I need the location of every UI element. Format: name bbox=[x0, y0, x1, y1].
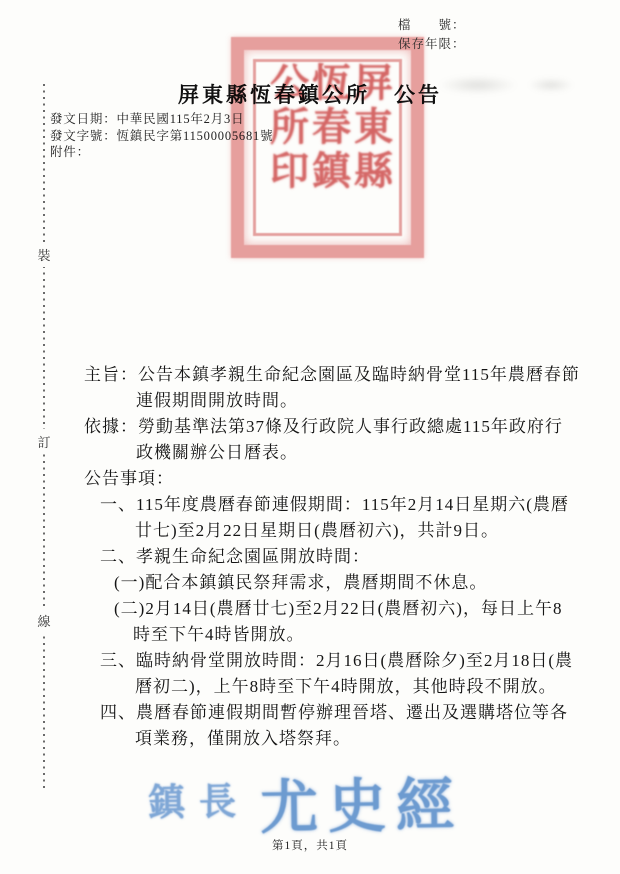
body-subitem: (一)配合本鎮鎮民祭拜需求，農曆期間不休息。 bbox=[114, 570, 580, 596]
seal-inner-frame: 屏東縣恆春鎮公所印 bbox=[253, 59, 402, 236]
body-item: 一、115年度農曆春節連假期間：115年2月14日星期六(農曆廿七)至2月22日… bbox=[100, 492, 580, 544]
announcement-body: 主旨：公告本鎮孝親生命紀念園區及臨時納骨堂115年農曆春節連假期間開放時間。依據… bbox=[84, 362, 580, 752]
body-item: 三、臨時納骨堂開放時間：2月16日(農曆除夕)至2月18日(農曆初二)，上午8時… bbox=[100, 648, 580, 700]
body-item: 二、孝親生命紀念園區開放時間： bbox=[100, 544, 580, 570]
body-subitem: (二)2月14日(農曆廿七)至2月22日(農曆初六)，每日上午8時至下午4時皆開… bbox=[114, 596, 580, 648]
mayor-signature-stamp: 鎮長 尤史經 bbox=[147, 758, 464, 846]
announcement-document: 檔 號： 保存年限： 屏東縣恆春鎮公所 公告 發文日期：中華民國115年2月3日… bbox=[0, 0, 620, 874]
mayor-title: 鎮長 bbox=[148, 782, 251, 824]
body-heading: 公告事項： bbox=[84, 466, 580, 492]
body-section: 依據：勞動基準法第37條及行政院人事行政總處115年政府行政機關辦公日曆表。 bbox=[84, 414, 580, 466]
binding-mark-ding: 訂 bbox=[35, 429, 53, 454]
mayor-name: 尤史經 bbox=[260, 773, 465, 841]
file-header: 檔 號： 保存年限： bbox=[398, 16, 466, 54]
body-section: 主旨：公告本鎮孝親生命紀念園區及臨時納骨堂115年農曆春節連假期間開放時間。 bbox=[84, 362, 580, 414]
retention-period-label: 保存年限： bbox=[398, 35, 466, 54]
file-number-label: 檔 號： bbox=[398, 16, 466, 35]
binding-mark-zhuang: 裝 bbox=[35, 242, 53, 267]
body-item: 四、農曆春節連假期間暫停辦理晉塔、遷出及選購塔位等各項業務，僅開放入塔祭拜。 bbox=[100, 700, 580, 752]
binding-mark-xian: 線 bbox=[35, 608, 53, 633]
seal-text: 屏東縣恆春鎮公所印 bbox=[265, 62, 391, 233]
official-seal-stamp: 屏東縣恆春鎮公所印 bbox=[231, 37, 424, 258]
